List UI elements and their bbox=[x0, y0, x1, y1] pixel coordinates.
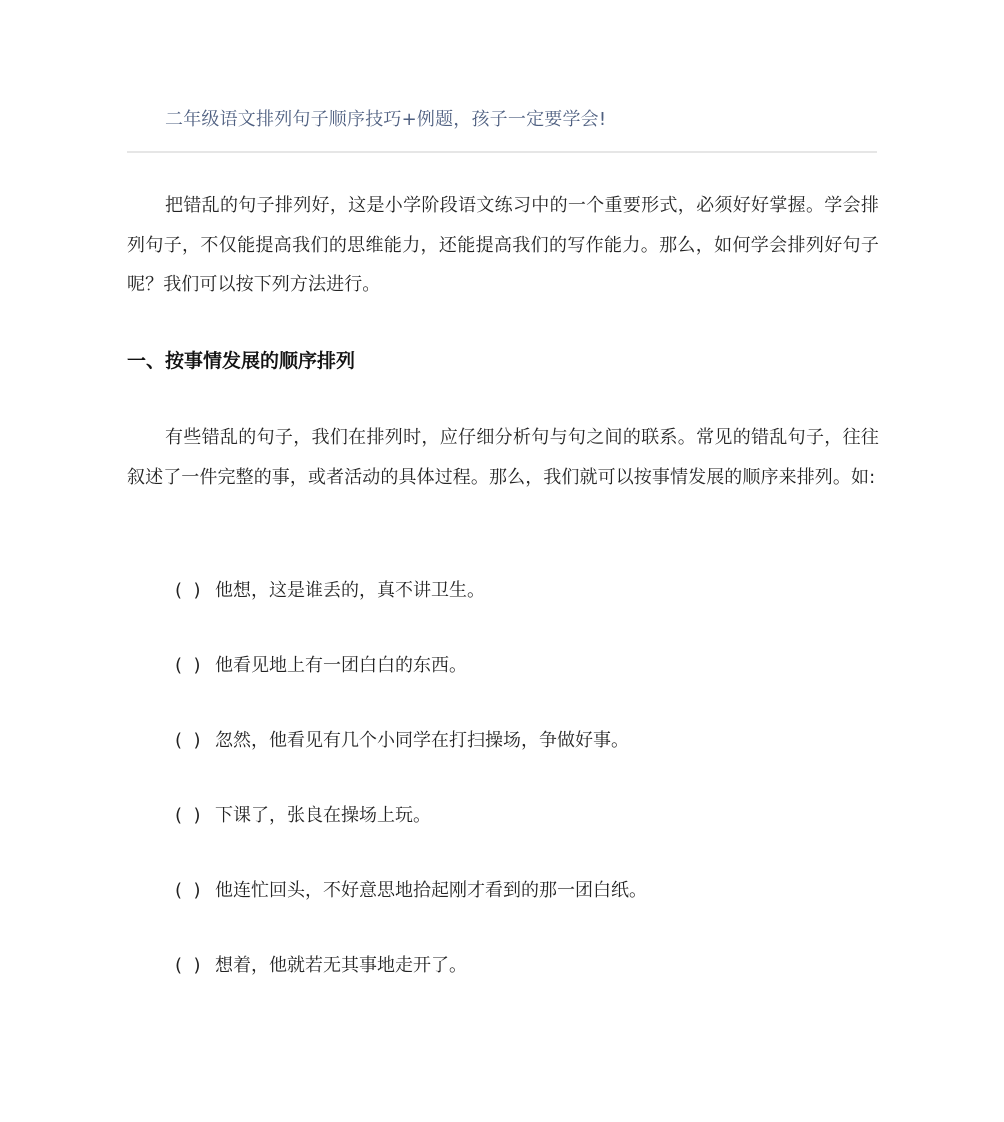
exercise-sentence: 想着，他就若无其事地走开了。 bbox=[215, 955, 467, 976]
exercise-item-6: ( )想着，他就若无其事地走开了。 bbox=[175, 952, 467, 980]
blank-open-paren: ( bbox=[175, 727, 182, 755]
intro-paragraph: 把错乱的句子排列好，这是小学阶段语文练习中的一个重要形式，必须好好掌握。学会排列… bbox=[127, 186, 879, 305]
answer-blank[interactable]: ( ) bbox=[175, 877, 215, 905]
blank-close-paren: ) bbox=[193, 802, 200, 830]
blank-close-paren: ) bbox=[193, 727, 200, 755]
answer-blank[interactable]: ( ) bbox=[175, 727, 215, 755]
blank-open-paren: ( bbox=[175, 652, 182, 680]
exercise-sentence: 忽然，他看见有几个小同学在打扫操场，争做好事。 bbox=[215, 730, 629, 751]
blank-open-paren: ( bbox=[175, 952, 182, 980]
exercise-item-4: ( )下课了，张良在操场上玩。 bbox=[175, 802, 431, 830]
exercise-sentence: 他连忙回头，不好意思地拾起刚才看到的那一团白纸。 bbox=[215, 880, 647, 901]
document-title: 二年级语文排列句子顺序技巧+例题，孩子一定要学会! bbox=[165, 106, 606, 134]
exercise-sentence: 下课了，张良在操场上玩。 bbox=[215, 805, 431, 826]
blank-open-paren: ( bbox=[175, 877, 182, 905]
exercise-item-1: ( )他想，这是谁丢的，真不讲卫生。 bbox=[175, 577, 485, 605]
answer-blank[interactable]: ( ) bbox=[175, 952, 215, 980]
exercise-sentence: 他看见地上有一团白白的东西。 bbox=[215, 655, 467, 676]
blank-close-paren: ) bbox=[193, 577, 200, 605]
exercise-item-3: ( )忽然，他看见有几个小同学在打扫操场，争做好事。 bbox=[175, 727, 629, 755]
exercise-sentence: 他想，这是谁丢的，真不讲卫生。 bbox=[215, 580, 485, 601]
answer-blank[interactable]: ( ) bbox=[175, 577, 215, 605]
answer-blank[interactable]: ( ) bbox=[175, 652, 215, 680]
title-divider bbox=[127, 151, 877, 153]
blank-open-paren: ( bbox=[175, 802, 182, 830]
exercise-item-2: ( )他看见地上有一团白白的东西。 bbox=[175, 652, 467, 680]
section-1-paragraph: 有些错乱的句子，我们在排列时，应仔细分析句与句之间的联系。常见的错乱句子，往往叙… bbox=[127, 418, 879, 497]
exercise-item-5: ( )他连忙回头，不好意思地拾起刚才看到的那一团白纸。 bbox=[175, 877, 647, 905]
blank-close-paren: ) bbox=[193, 652, 200, 680]
blank-close-paren: ) bbox=[193, 952, 200, 980]
answer-blank[interactable]: ( ) bbox=[175, 802, 215, 830]
blank-close-paren: ) bbox=[193, 877, 200, 905]
blank-open-paren: ( bbox=[175, 577, 182, 605]
section-heading-1: 一、按事情发展的顺序排列 bbox=[127, 346, 355, 376]
